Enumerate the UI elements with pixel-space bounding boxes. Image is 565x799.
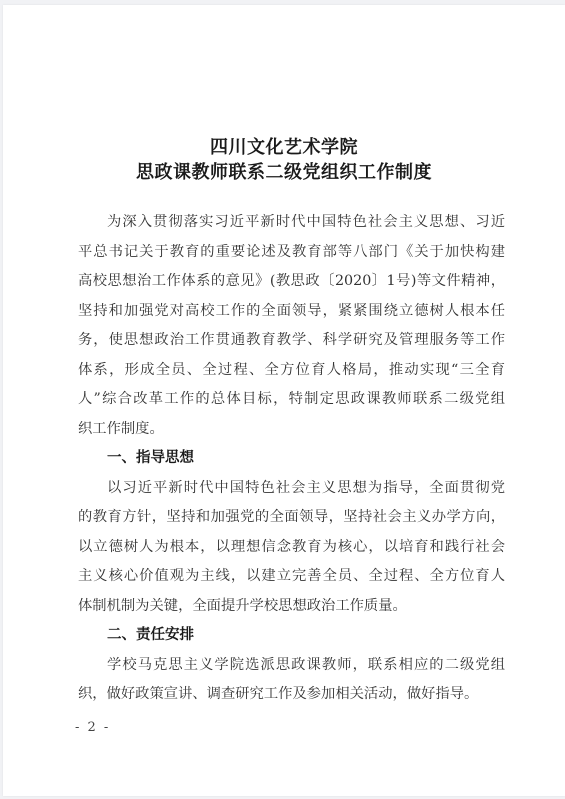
- paragraph-line: 织工作制度。: [78, 415, 505, 445]
- paragraph-line: 的教育方针，坚持和加强党的全面领导，坚持社会主义办学方向，: [78, 503, 505, 533]
- document-title-regulation: 思政课教师联系二级党组织工作制度: [3, 158, 565, 184]
- paragraph-line: 体系，形成全员、全过程、全方位育人格局，推动实现“三全育: [78, 356, 505, 386]
- document-title-institution: 四川文化艺术学院: [3, 133, 565, 159]
- paragraph-line: 以习近平新时代中国特色社会主义思想为指导，全面贯彻党: [78, 474, 505, 504]
- document-body: 为深入贯彻落实习近平新时代中国特色社会主义思想、习近 平总书记关于教育的重要论述…: [78, 208, 505, 710]
- paragraph-line: 为深入贯彻落实习近平新时代中国特色社会主义思想、习近: [78, 208, 505, 238]
- paragraph-line: 坚持和加强党对高校工作的全面领导，紧紧围绕立德树人根本任: [78, 297, 505, 327]
- paragraph-line: 以立德树人为根本，以理想信念教育为核心，以培育和践行社会: [78, 533, 505, 563]
- document-viewer: 四川文化艺术学院 思政课教师联系二级党组织工作制度 为深入贯彻落实习近平新时代中…: [0, 0, 565, 799]
- paragraph-line: 高校思想治工作体系的意见》(教思政〔2020〕1号)等文件精神，: [78, 267, 505, 297]
- paragraph-line: 织，做好政策宣讲、调查研究工作及参加相关活动，做好指导。: [78, 680, 505, 710]
- paragraph-line: 主义核心价值观为主线，以建立完善全员、全过程、全方位育人: [78, 562, 505, 592]
- section-heading: 一、指导思想: [78, 444, 505, 474]
- paragraph-line: 学校马克思主义学院选派思政课教师，联系相应的二级党组: [78, 651, 505, 681]
- paragraph-line: 平总书记关于教育的重要论述及教育部等八部门《关于加快构建: [78, 238, 505, 268]
- intro-paragraph: 为深入贯彻落实习近平新时代中国特色社会主义思想、习近 平总书记关于教育的重要论述…: [78, 208, 505, 444]
- section-guiding-ideology: 一、指导思想 以习近平新时代中国特色社会主义思想为指导，全面贯彻党 的教育方针，…: [78, 444, 505, 621]
- paragraph-line: 务，使思想政治工作贯通教育教学、科学研究及管理服务等工作: [78, 326, 505, 356]
- paragraph-line: 人”综合改革工作的总体目标，特制定思政课教师联系二级党组: [78, 385, 505, 415]
- paragraph-line: 体制机制为关键，全面提升学校思想政治工作质量。: [78, 592, 505, 622]
- page-number: - 2 -: [75, 720, 110, 735]
- document-page: 四川文化艺术学院 思政课教师联系二级党组织工作制度 为深入贯彻落实习近平新时代中…: [3, 5, 565, 796]
- section-responsibility: 二、责任安排 学校马克思主义学院选派思政课教师，联系相应的二级党组 织，做好政策…: [78, 621, 505, 710]
- section-heading: 二、责任安排: [78, 621, 505, 651]
